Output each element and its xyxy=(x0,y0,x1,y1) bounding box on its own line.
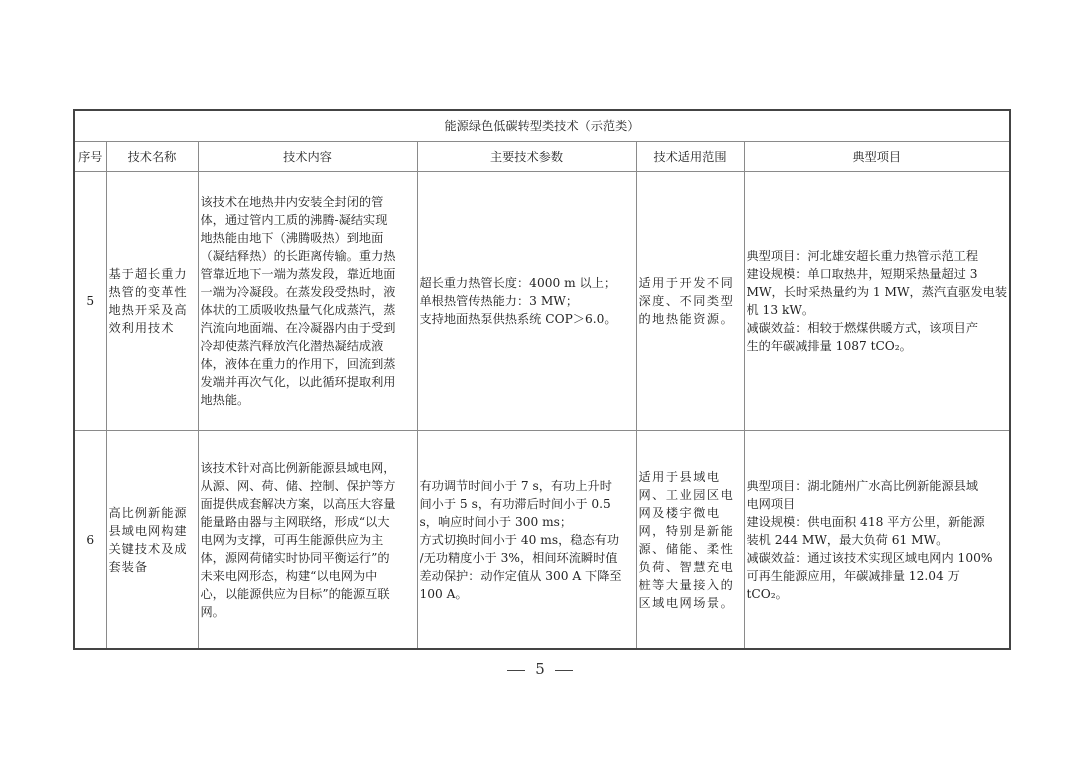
project-line: MW，长时采热量约为 1 MW，蒸汽直驱发电装 xyxy=(747,283,1008,301)
scope-line: 适用于县域电 xyxy=(639,468,742,486)
content-line: 能量路由器与主网联络，形成“以大 xyxy=(201,513,415,531)
typical-project-cell: 典型项目：河北雄安超长重力热管示范工程 建设规模：单口取热井，短期采热量超过 3… xyxy=(744,172,1010,431)
param-line: 支持地面热泵供热系统 COP＞6.0。 xyxy=(420,310,634,328)
column-header-name: 技术名称 xyxy=(106,142,198,172)
page-footer: 5 xyxy=(0,660,1080,678)
typical-project-cell: 典型项目：湖北随州广水高比例新能源县域 电网项目 建设规模：供电面积 418 平… xyxy=(744,431,1010,650)
project-line: 电网项目 xyxy=(747,495,1008,513)
scope-line: 网，特别是新能 xyxy=(639,522,742,540)
applicable-scope-cell: 适用于开发不同 深度、不同类型 的地热能资源。 xyxy=(636,172,744,431)
table-title-row: 能源绿色低碳转型类技术（示范类） xyxy=(74,110,1010,142)
content-line: 体状的工质吸收热量气化成蒸汽，蒸 xyxy=(201,301,415,319)
project-line: 典型项目：河北雄安超长重力热管示范工程 xyxy=(747,247,1008,265)
content-line: 该技术在地热井内安装全封闭的管 xyxy=(201,193,415,211)
param-line: 方式切换时间小于 40 ms，稳态有功 xyxy=(420,531,634,549)
technology-table: 能源绿色低碳转型类技术（示范类） 序号 技术名称 技术内容 主要技术参数 技术适… xyxy=(73,109,1011,650)
column-header-params: 主要技术参数 xyxy=(417,142,636,172)
content-line: 冷却使蒸汽释放汽化潜热凝结成液 xyxy=(201,337,415,355)
content-line: 地热能由地下（沸腾吸热）到地面 xyxy=(201,229,415,247)
scope-line: 桩等大量接入的 xyxy=(639,576,742,594)
technology-name-line: 套装备 xyxy=(109,558,196,576)
param-line: 间小于 5 s，有功滞后时间小于 0.5 xyxy=(420,495,634,513)
document-page: 能源绿色低碳转型类技术（示范类） 序号 技术名称 技术内容 主要技术参数 技术适… xyxy=(0,0,1080,763)
param-line: /无功精度小于 3%，相间环流瞬时值 xyxy=(420,549,634,567)
scope-line: 网、工业园区电 xyxy=(639,486,742,504)
project-line: 装机 244 MW，最大负荷 61 MW。 xyxy=(747,531,1008,549)
technology-name-line: 关键技术及成 xyxy=(109,540,196,558)
scope-line: 的地热能资源。 xyxy=(639,310,742,328)
content-line: 该技术针对高比例新能源县域电网， xyxy=(201,459,415,477)
technology-name-cell: 高比例新能源 县域电网构建 关键技术及成 套装备 xyxy=(106,431,198,650)
scope-line: 深度、不同类型 xyxy=(639,292,742,310)
technology-name-line: 基于超长重力 xyxy=(109,265,196,283)
param-line: 超长重力热管长度：4000 m 以上； xyxy=(420,274,634,292)
content-line: 体，通过管内工质的沸腾-凝结实现 xyxy=(201,211,415,229)
scope-line: 源、储能、柔性 xyxy=(639,540,742,558)
project-line: 生的年碳减排量 1087 tCO₂。 xyxy=(747,337,1008,355)
param-line: 100 A。 xyxy=(420,585,634,603)
technology-name-line: 高比例新能源 xyxy=(109,504,196,522)
content-line: 发端并再次气化，以此循环提取利用 xyxy=(201,373,415,391)
content-line: 体，源网荷储实时协同平衡运行”的 xyxy=(201,549,415,567)
scope-line: 网及楼宇微电 xyxy=(639,504,742,522)
technology-name-line: 地热开采及高 xyxy=(109,301,196,319)
content-line: 汽流向地面端、在冷凝器内由于受到 xyxy=(201,319,415,337)
table-row: 5 基于超长重力 热管的变革性 地热开采及高 效利用技术 该技术在地热井内安装全… xyxy=(74,172,1010,431)
content-line: 网。 xyxy=(201,603,415,621)
technology-content-cell: 该技术在地热井内安装全封闭的管 体，通过管内工质的沸腾-凝结实现 地热能由地下（… xyxy=(198,172,417,431)
column-header-index: 序号 xyxy=(74,142,106,172)
dash-right xyxy=(555,670,573,671)
project-line: 机 13 kW。 xyxy=(747,301,1008,319)
table-row: 6 高比例新能源 县域电网构建 关键技术及成 套装备 该技术针对高比例新能源县域… xyxy=(74,431,1010,650)
project-line: 减碳效益：相较于燃煤供暖方式，该项目产 xyxy=(747,319,1008,337)
content-line: 管靠近地下一端为蒸发段，靠近地面 xyxy=(201,265,415,283)
content-line: 体，液体在重力的作用下，回流到蒸 xyxy=(201,355,415,373)
param-line: 有功调节时间小于 7 s，有功上升时 xyxy=(420,477,634,495)
content-line: 地热能。 xyxy=(201,391,415,409)
scope-line: 适用于开发不同 xyxy=(639,274,742,292)
technology-content-cell: 该技术针对高比例新能源县域电网， 从源、网、荷、储、控制、保护等方 面提供成套解… xyxy=(198,431,417,650)
technical-params-cell: 超长重力热管长度：4000 m 以上； 单根热管传热能力：3 MW； 支持地面热… xyxy=(417,172,636,431)
content-line: （凝结释热）的长距离传输。重力热 xyxy=(201,247,415,265)
param-line: 差动保护：动作定值从 300 A 下降至 xyxy=(420,567,634,585)
technology-name-line: 效利用技术 xyxy=(109,319,196,337)
project-line: 建设规模：单口取热井，短期采热量超过 3 xyxy=(747,265,1008,283)
technology-name-line: 热管的变革性 xyxy=(109,283,196,301)
page-number: 5 xyxy=(535,660,545,678)
project-line: 典型项目：湖北随州广水高比例新能源县域 xyxy=(747,477,1008,495)
column-header-content: 技术内容 xyxy=(198,142,417,172)
project-line: 建设规模：供电面积 418 平方公里，新能源 xyxy=(747,513,1008,531)
param-line: s，响应时间小于 300 ms； xyxy=(420,513,634,531)
column-header-project: 典型项目 xyxy=(744,142,1010,172)
row-index: 5 xyxy=(74,172,106,431)
param-line: 单根热管传热能力：3 MW； xyxy=(420,292,634,310)
dash-left xyxy=(507,670,525,671)
table-title: 能源绿色低碳转型类技术（示范类） xyxy=(74,110,1010,142)
row-index: 6 xyxy=(74,431,106,650)
content-line: 从源、网、荷、储、控制、保护等方 xyxy=(201,477,415,495)
content-line: 未来电网形态，构建“以电网为中 xyxy=(201,567,415,585)
column-header-scope: 技术适用范围 xyxy=(636,142,744,172)
applicable-scope-cell: 适用于县域电 网、工业园区电 网及楼宇微电 网，特别是新能 源、储能、柔性 负荷… xyxy=(636,431,744,650)
scope-line: 负荷、智慧充电 xyxy=(639,558,742,576)
project-line: tCO₂。 xyxy=(747,585,1008,603)
technology-name-line: 县域电网构建 xyxy=(109,522,196,540)
scope-line: 区域电网场景。 xyxy=(639,594,742,612)
project-line: 减碳效益：通过该技术实现区域电网内 100% xyxy=(747,549,1008,567)
project-line: 可再生能源应用，年碳减排量 12.04 万 xyxy=(747,567,1008,585)
technology-name-cell: 基于超长重力 热管的变革性 地热开采及高 效利用技术 xyxy=(106,172,198,431)
table-header-row: 序号 技术名称 技术内容 主要技术参数 技术适用范围 典型项目 xyxy=(74,142,1010,172)
content-line: 面提供成套解决方案，以高压大容量 xyxy=(201,495,415,513)
content-line: 心，以能源供应为目标”的能源互联 xyxy=(201,585,415,603)
content-line: 一端为冷凝段。在蒸发段受热时，液 xyxy=(201,283,415,301)
technical-params-cell: 有功调节时间小于 7 s，有功上升时 间小于 5 s，有功滞后时间小于 0.5 … xyxy=(417,431,636,650)
content-line: 电网为支撑，可再生能源供应为主 xyxy=(201,531,415,549)
